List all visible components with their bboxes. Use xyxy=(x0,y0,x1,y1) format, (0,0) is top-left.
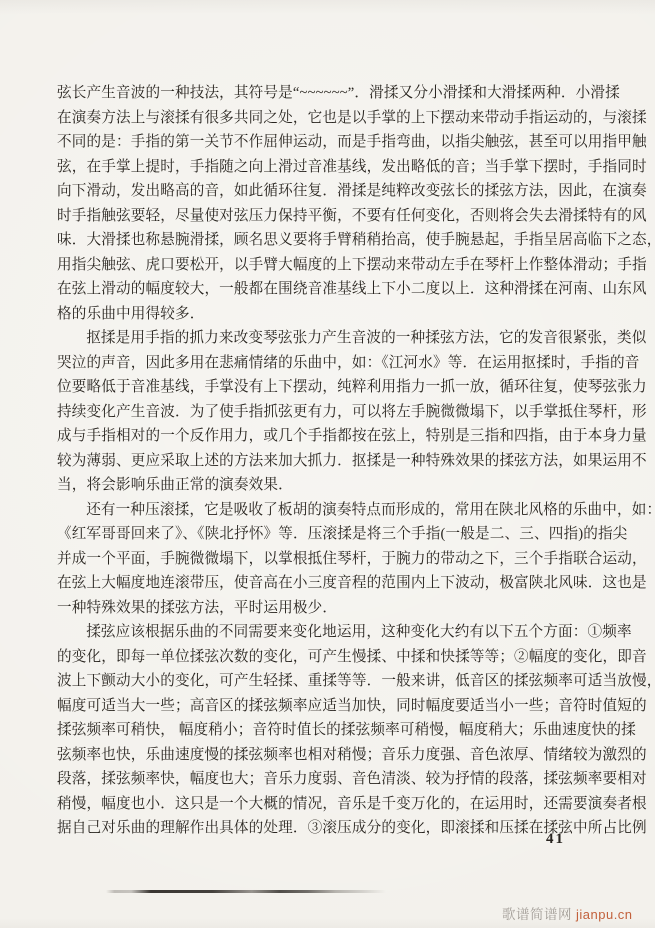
watermark: 歌谱简谱网jianpu.cn xyxy=(502,903,633,923)
text-line: 的变化，即每一单位揉弦次数的变化，可产生慢揉、中揉和快揉等等；②幅度的变化，即音 xyxy=(57,645,621,670)
text-line: 格的乐曲中用得较多． xyxy=(57,302,621,327)
text-line: 在演奏方法上与滚揉有很多共同之处，它也是以手掌的上下摆动来带动手指运动的，与滚揉 xyxy=(57,106,621,131)
text-line: 还有一种压滚揉，它是吸收了板胡的演奏特点而形成的，常用在陕北风格的乐曲中，如： xyxy=(57,498,621,523)
text-line: 段落，揉弦频率快，幅度也大；音乐力度弱、音色清淡、较为抒情的段落，揉弦频率要相对 xyxy=(57,767,621,792)
text-line: 波上下颤动大小的变化，可产生轻揉、重揉等等．一般来讲，低音区的揉弦频率可适当放慢… xyxy=(57,669,621,694)
text-line: 在弦上滑动的幅度较大，一般都在围绕音准基线上下小二度以上．这种滑揉在河南、山东风 xyxy=(57,277,621,302)
text-line: 弦长产生音波的一种技法，其符号是“~~~~~~”．滑揉又分小滑揉和大滑揉两种．小… xyxy=(57,81,621,106)
text-line: 味．大滑揉也称悬腕滑揉，顾名思义要将手臂稍稍抬高，使手腕悬起，手指呈居高临下之态… xyxy=(57,228,621,253)
text-line: 不同的是：手指的第一关节不作屈伸运动，而是手指弯曲，以指尖触弦，甚至可以用指甲触 xyxy=(57,130,621,155)
text-line: 持续变化产生音波．为了使手指抓弦更有力，可以将左手腕微微塌下，以手掌抵住琴杆，形 xyxy=(57,400,621,425)
text-line: 稍慢，幅度也小．这只是一个大概的情况，音乐是千变万化的，在运用时，还需要演奏者根 xyxy=(57,792,621,817)
ink-smudge-line xyxy=(106,890,386,893)
paragraph: 弦长产生音波的一种技法，其符号是“~~~~~~”．滑揉又分小滑揉和大滑揉两种．小… xyxy=(57,81,621,326)
text-line: 揉弦应该根据乐曲的不同需要来变化地运用，这种变化大约有以下五个方面：①频率 xyxy=(57,620,621,645)
text-line: 当，将会影响乐曲正常的演奏效果． xyxy=(57,473,621,498)
text-line: 弦，在手掌上提时，手指随之向上滑过音准基线，发出略低的音；当手掌下摆时，手指同时 xyxy=(57,155,621,180)
text-line: 在弦上大幅度地连滚带压，使音高在小三度音程的范围内上下波动，极富陕北风味．这也是 xyxy=(57,571,621,596)
text-line: 抠揉是用手指的抓力来改变琴弦张力产生音波的一种揉弦方法，它的发音很紧张，类似 xyxy=(57,326,621,351)
paragraph: 揉弦应该根据乐曲的不同需要来变化地运用，这种变化大约有以下五个方面：①频率的变化… xyxy=(57,620,621,841)
text-line: 位要略低于音准基线，手掌没有上下摆动，纯粹利用指力一抓一放，循环往复，使琴弦张力 xyxy=(57,375,621,400)
watermark-site-name: 歌谱简谱网 xyxy=(502,907,572,922)
paragraph: 还有一种压滚揉，它是吸收了板胡的演奏特点而形成的，常用在陕北风格的乐曲中，如：《… xyxy=(57,498,621,621)
text-line: 哭泣的声音，因此多用在悲痛情绪的乐曲中，如：《江河水》等．在运用抠揉时，手指的音 xyxy=(57,351,621,376)
text-line: 据自己对乐曲的理解作出具体的处理．③滚压成分的变化，即滚揉和压揉在揉弦中所占比例 xyxy=(57,816,621,841)
text-line: 并成一个平面，手腕微微塌下，以掌根抵住琴杆，于腕力的带动之下，三个手指联合运动， xyxy=(57,547,621,572)
scanned-book-page: { "colors": { "paper": "#f3f1ec", "ink":… xyxy=(0,0,655,928)
text-line: 向下滑动，发出略高的音，如此循环往复．滑揉是纯粹改变弦长的揉弦方法，因此，在演奏 xyxy=(57,179,621,204)
text-line: 时手指触弦要轻，尽量使对弦压力保持平衡，不要有任何变化，否则将会失去滑揉特有的风 xyxy=(57,204,621,229)
text-line: 揉弦频率可稍快， 幅度稍小；音符时值长的揉弦频率可稍慢，幅度稍大；乐曲速度快的揉 xyxy=(57,718,621,743)
text-line: 用指尖触弦、虎口要松开，以手臂大幅度的上下摆动来带动左手在琴杆上作整体滑动；手指 xyxy=(57,253,621,278)
paragraph: 抠揉是用手指的抓力来改变琴弦张力产生音波的一种揉弦方法，它的发音很紧张，类似哭泣… xyxy=(57,326,621,498)
text-line: 一种特殊效果的揉弦方法，平时运用极少． xyxy=(57,596,621,621)
text-block: 弦长产生音波的一种技法，其符号是“~~~~~~”．滑揉又分小滑揉和大滑揉两种．小… xyxy=(57,81,621,841)
text-line: 弦频率也快，乐曲速度慢的揉弦频率也相对稍慢；音乐力度强、音色浓厚、情绪较为激烈的 xyxy=(57,743,621,768)
text-line: 成与手指相对的一个反作用力，或几个手指都按在弦上，特别是三指和四指，由于本身力量 xyxy=(57,424,621,449)
text-line: 幅度可适当大一些；高音区的揉弦频率应适当加快，同时幅度要适当小一些；音符时值短的 xyxy=(57,694,621,719)
text-line: 《红军哥哥回来了》、《陕北抒怀》等．压滚揉是将三个手指(一般是二、三、四指)的指… xyxy=(57,522,621,547)
page-number: 41 xyxy=(546,831,565,848)
text-line: 较为薄弱、更应采取上述的方法来加大抓力．抠揉是一种特殊效果的揉弦方法，如果运用不 xyxy=(57,449,621,474)
watermark-site-url: jianpu.cn xyxy=(576,907,633,922)
